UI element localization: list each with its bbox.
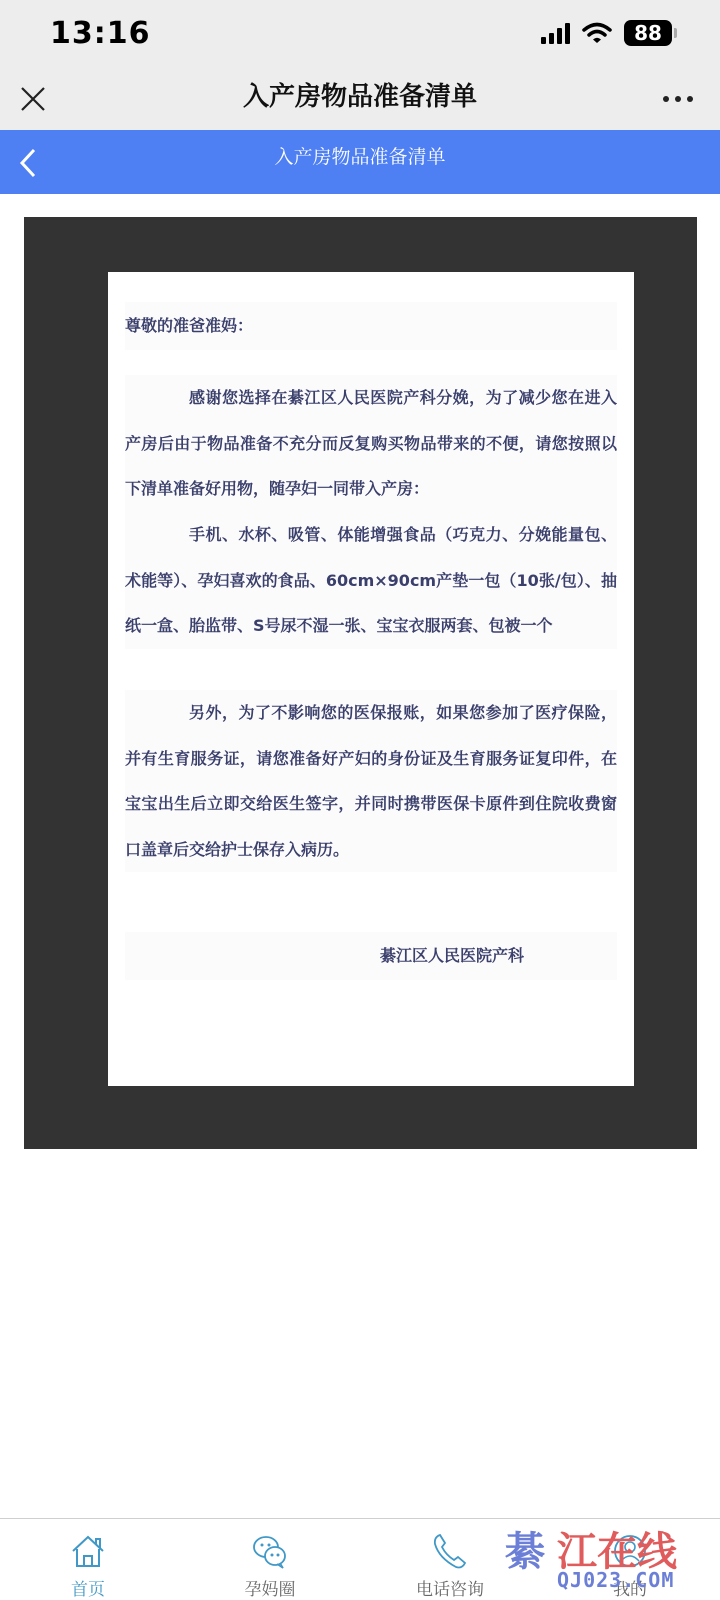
tab-mine[interactable]: 我的 [570,1519,690,1600]
page-title: 入产房物品准备清单 [0,142,720,169]
tab-bar: 首页 孕妈圈 电话咨询 我的 [0,1518,720,1600]
battery-icon: 88 [624,20,672,46]
page-header: 入产房物品准备清单 [0,130,720,194]
more-icon [662,76,694,106]
chat-bubbles-icon [250,1531,290,1571]
tab-phone-consult-label: 电话咨询 [390,1575,510,1600]
paragraph-insurance: 另外，为了不影响您的医保报账，如果您参加了医疗保险，并有生育服务证，请您准备好产… [125,690,617,872]
greeting: 尊敬的准爸准妈： [125,302,617,350]
tab-home-label: 首页 [28,1575,148,1600]
document-image-frame: 尊敬的准爸准妈： 感谢您选择在綦江区人民医院产科分娩，为了减少您在进入产房后由于… [24,217,697,1149]
paragraph-intro: 感谢您选择在綦江区人民医院产科分娩，为了减少您在进入产房后由于物品准备不充分而反… [125,375,617,512]
signal-icon [541,22,570,44]
tab-phone-consult[interactable]: 电话咨询 [390,1519,510,1600]
wifi-icon [582,22,612,44]
tab-moms-circle[interactable]: 孕妈圈 [210,1519,330,1600]
nav-bar: 入产房物品准备清单 [0,68,720,130]
more-button[interactable] [662,76,694,113]
status-icons: 88 [541,20,672,46]
tab-moms-circle-label: 孕妈圈 [210,1575,330,1600]
signature: 綦江区人民医院产科 [125,932,617,980]
status-bar: 13:16 88 [0,0,720,68]
tab-mine-label: 我的 [570,1575,690,1600]
status-time: 13:16 [50,16,151,51]
tab-home[interactable]: 首页 [28,1519,148,1600]
signature-text: 綦江区人民医院产科 [380,932,524,980]
user-icon [610,1531,650,1571]
paragraph-item-list: 手机、水杯、吸管、体能增强食品（巧克力、分娩能量包、术能等）、孕妇喜欢的食品、6… [125,512,617,649]
phone-icon [430,1531,470,1571]
home-icon [68,1531,108,1571]
nav-title: 入产房物品准备清单 [0,76,720,113]
document-paper: 尊敬的准爸准妈： 感谢您选择在綦江区人民医院产科分娩，为了减少您在进入产房后由于… [108,272,634,1086]
